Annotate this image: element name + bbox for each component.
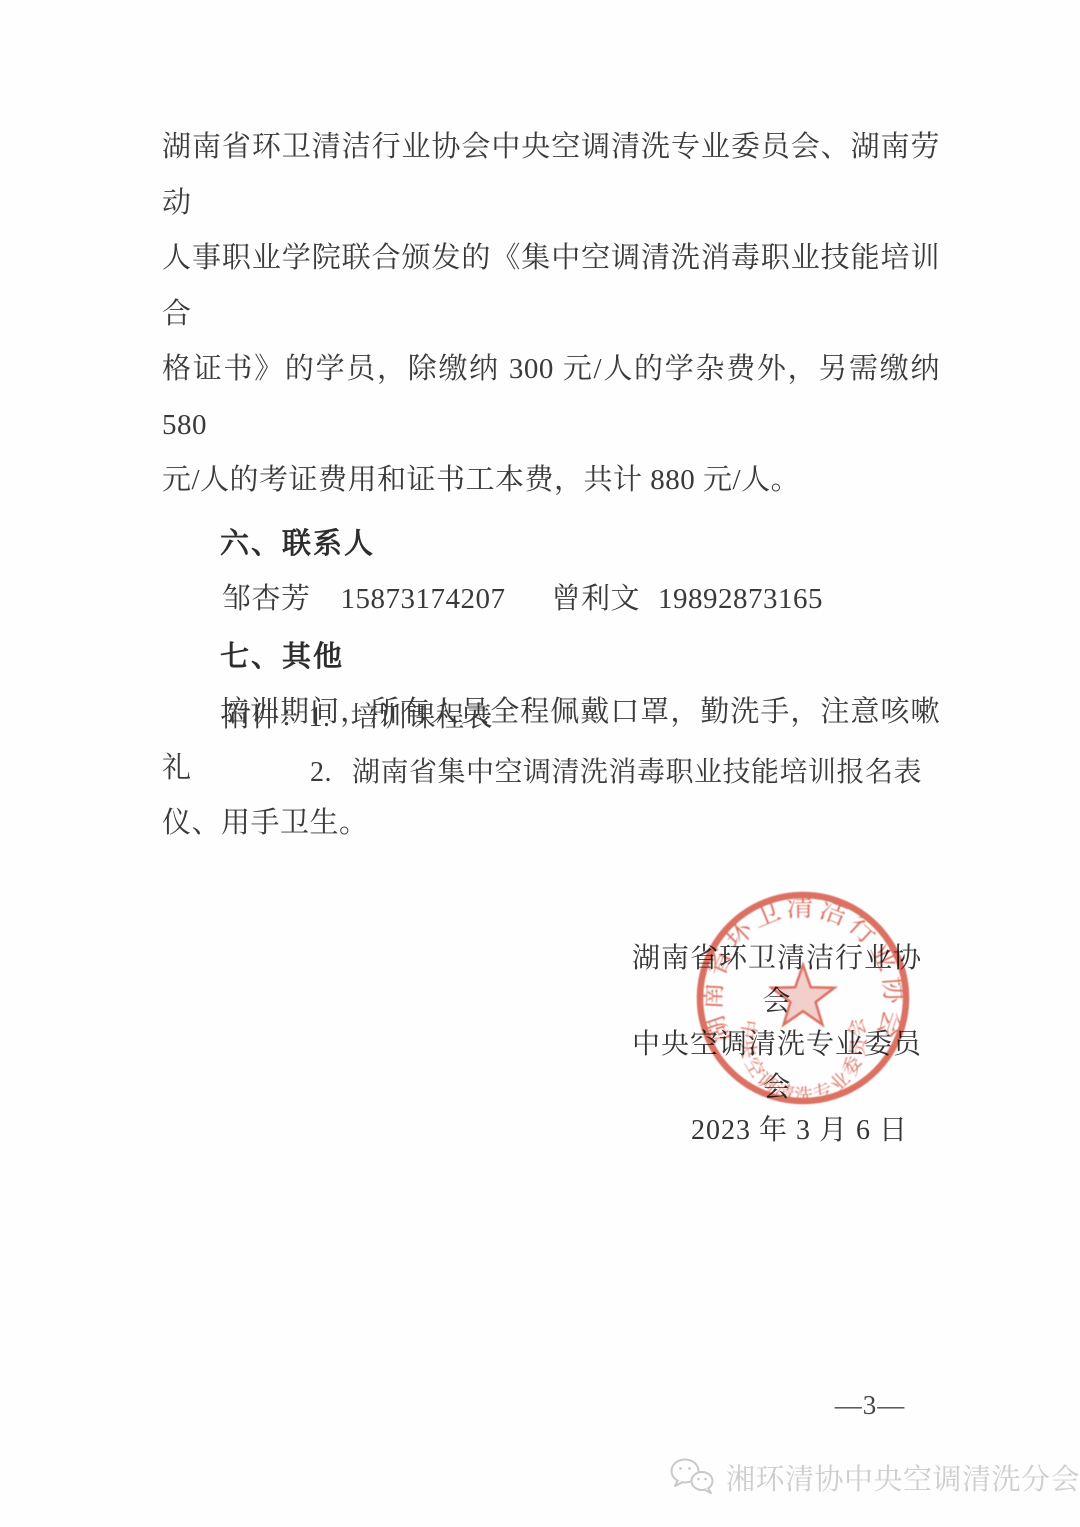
attachment-title: 培训课程表 <box>351 702 494 733</box>
svg-text:中央空调清洗专业委员会: 中央空调清洗专业委员会 <box>735 1013 871 1108</box>
paragraph-line: 格证书》的学员，除缴纳 300 元/人的学杂费外，另需缴纳 580 <box>162 342 940 453</box>
attachment-item: 附件：1.培训课程表 <box>162 690 952 745</box>
paragraph-line: 人事职业学院联合颁发的《集中空调清洗消毒职业技能培训合 <box>162 231 940 342</box>
contact-phone: 15873174207 <box>341 583 506 615</box>
attachments-list: 附件：1.培训课程表 2.湖南省集中空调清洗消毒职业技能培训报名表 <box>162 690 952 800</box>
paragraph-line: 元/人的考证费用和证书工本费，共计 880 元/人。 <box>162 453 940 509</box>
official-seal: 湖南省环卫清洁行业协会 中央空调清洗专业委员会 <box>688 883 918 1113</box>
footer-watermark: 湘环清协中央空调清洗分会 <box>668 1456 1080 1498</box>
signature-date: 2023 年 3 月 6 日 <box>663 1109 936 1152</box>
attachment-item: 2.湖南省集中空调清洗消毒职业技能培训报名表 <box>162 745 952 800</box>
seal-inner-text: 中央空调清洗专业委员会 <box>735 1013 871 1108</box>
contact-line: 邹杏芳15873174207曾利文19892873165 <box>162 572 940 628</box>
paragraph-line: 湖南省环卫清洁行业协会中央空调清洗专业委员会、湖南劳动 <box>162 120 940 231</box>
attachment-number: 2. <box>310 757 332 788</box>
contact-name: 邹杏芳 <box>222 583 311 615</box>
watermark-text: 湘环清协中央空调清洗分会 <box>726 1457 1080 1498</box>
document-page: 湖南省环卫清洁行业协会中央空调清洗专业委员会、湖南劳动 人事职业学院联合颁发的《… <box>0 0 1080 1527</box>
attachment-title: 湖南省集中空调清洗消毒职业技能培训报名表 <box>352 757 922 788</box>
contact-phone: 19892873165 <box>658 583 823 615</box>
attachment-number: 1. <box>309 702 331 733</box>
section-heading-other: 七、其他 <box>162 630 940 686</box>
paragraph-line: 仪、用手卫生。 <box>162 796 940 852</box>
wechat-logo-icon <box>668 1456 718 1498</box>
star-icon <box>772 965 835 1025</box>
page-number: —3— <box>820 1390 920 1421</box>
contact-name: 曾利文 <box>552 583 641 615</box>
section-heading-contacts: 六、联系人 <box>162 517 940 573</box>
attachments-label: 附件： <box>223 702 309 733</box>
